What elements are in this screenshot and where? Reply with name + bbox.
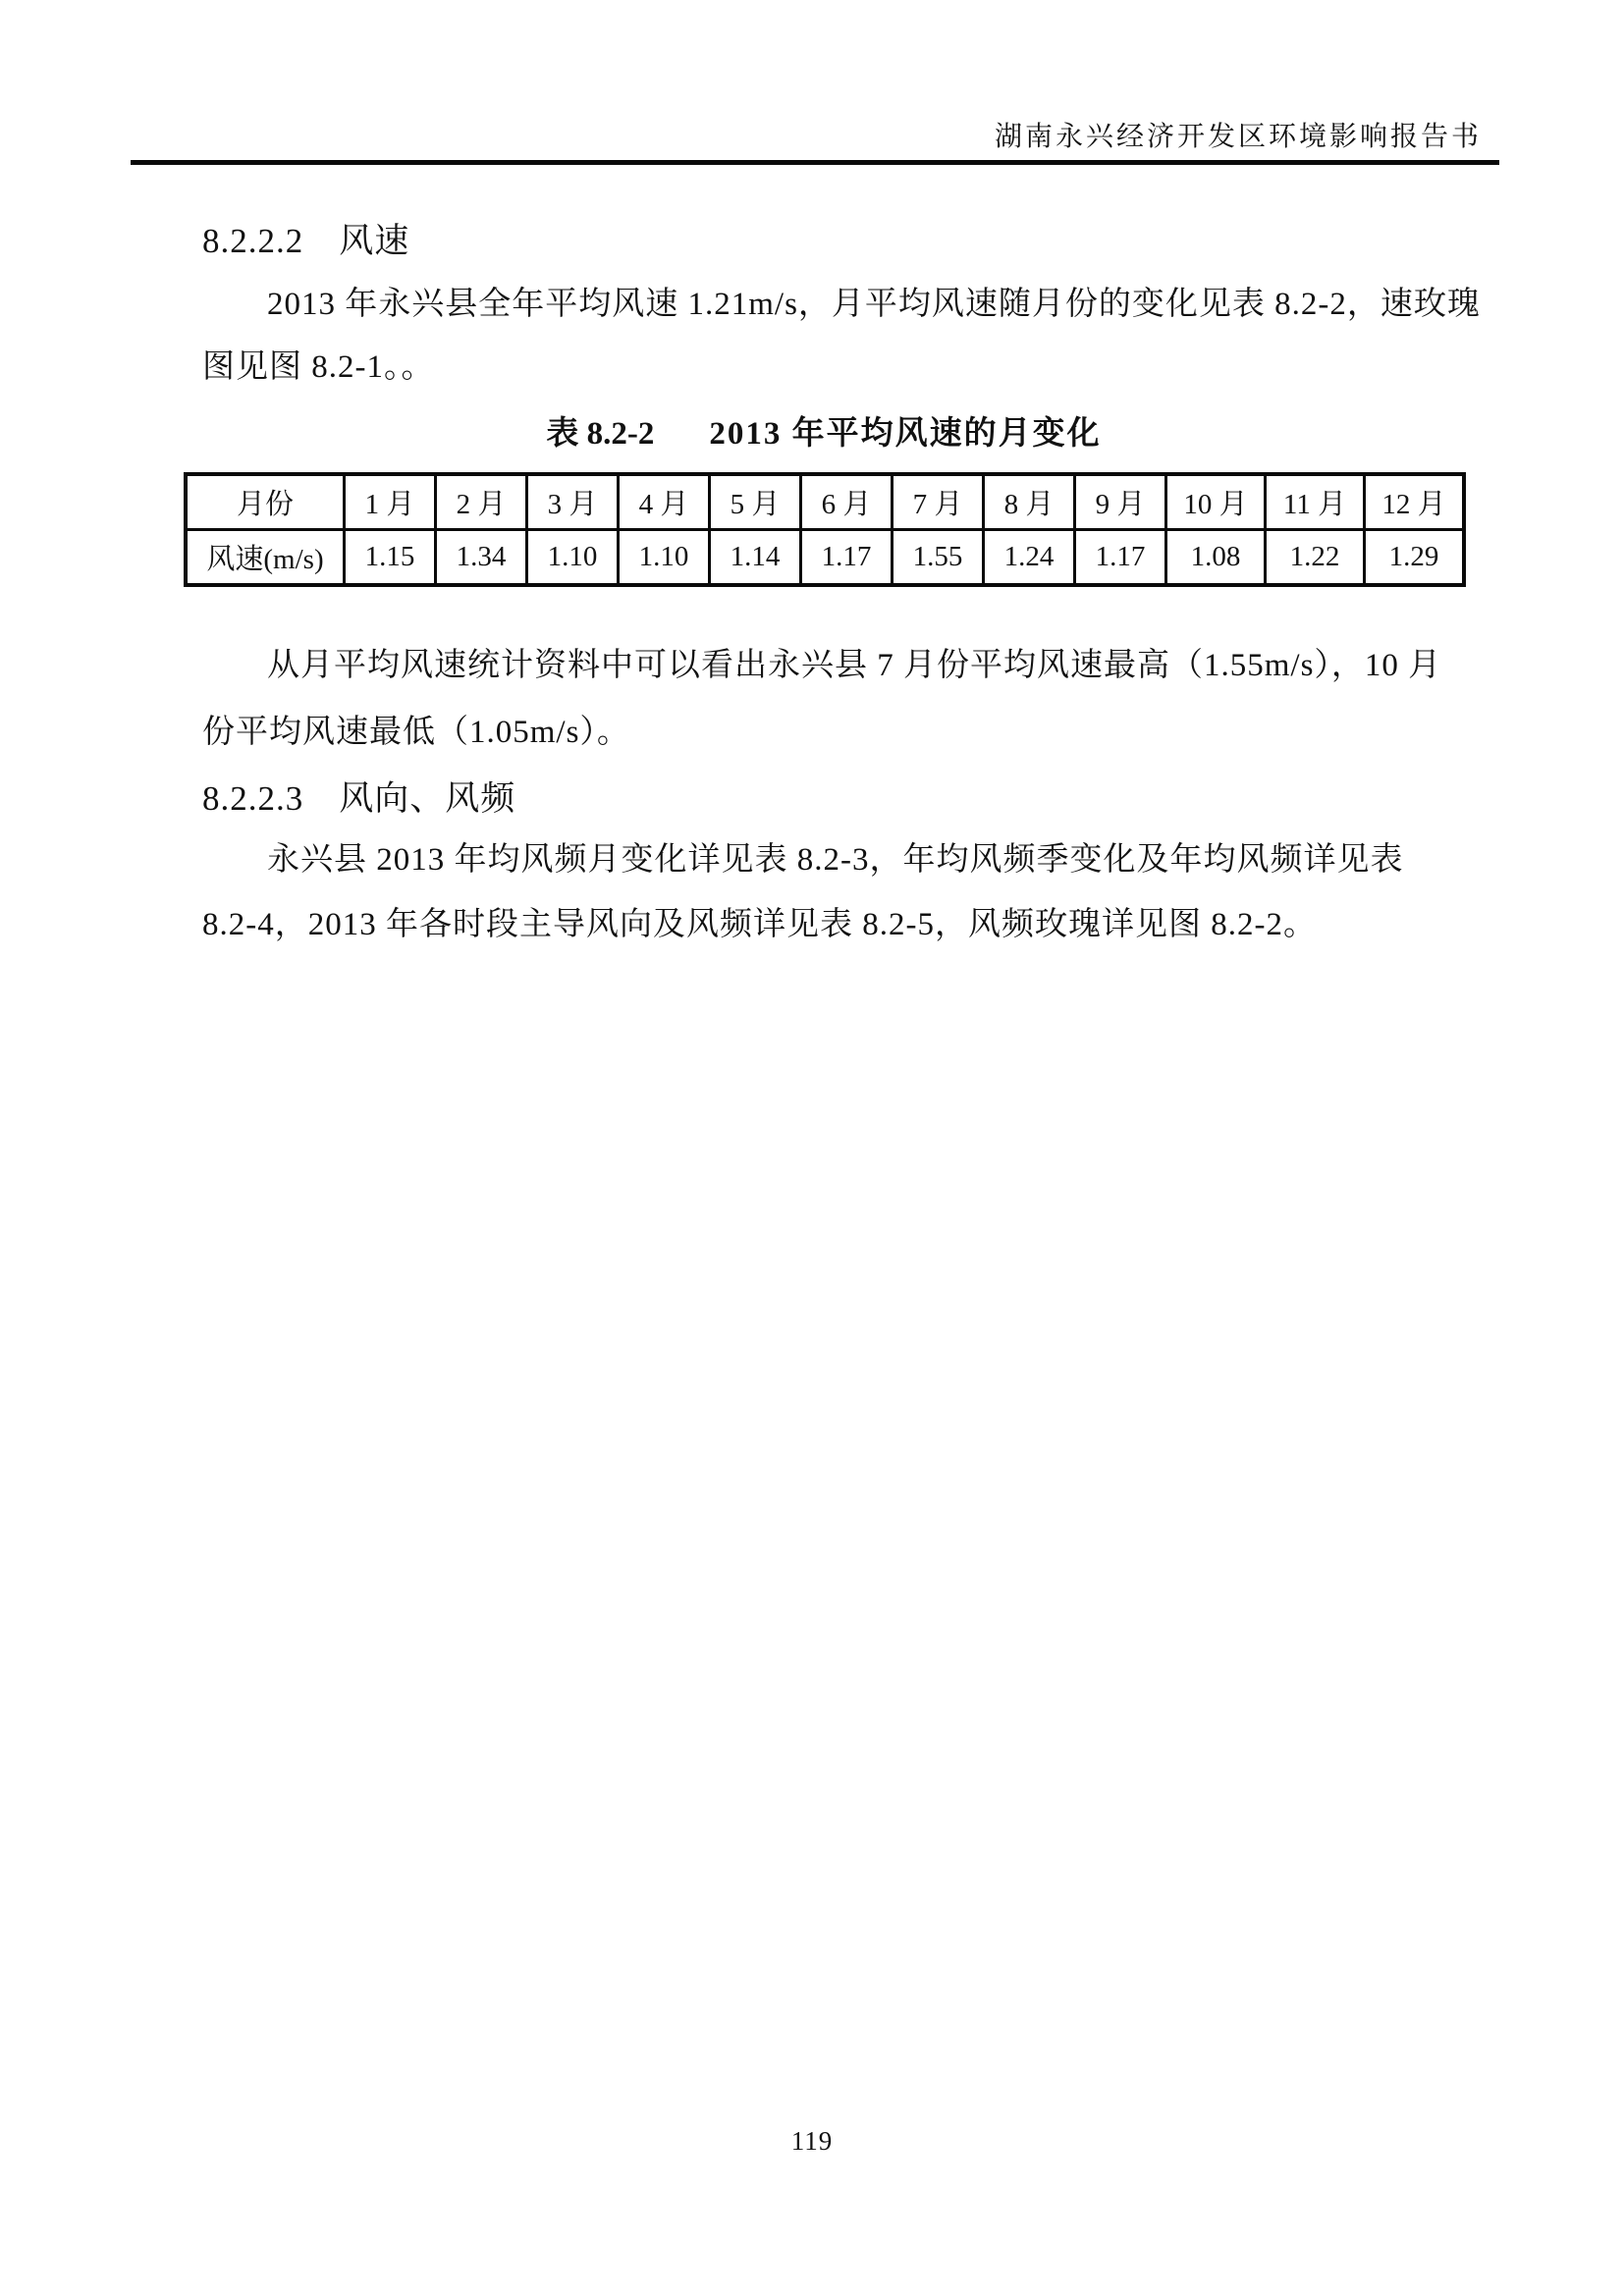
month-header-cell: 3 月 — [527, 474, 619, 530]
month-header-cell: 7 月 — [893, 474, 984, 530]
speed-value-cell: 1.55 — [893, 530, 984, 586]
month-header-cell: 10 月 — [1166, 474, 1266, 530]
speed-value-cell: 1.29 — [1365, 530, 1465, 586]
document-page: 湖南永兴经济开发区环境影响报告书 8.2.2.2风速 2013 年永兴县全年平均… — [0, 0, 1624, 2296]
wind-speed-table: 月份 1 月 2 月 3 月 4 月 5 月 6 月 7 月 8 月 9 月 1… — [184, 472, 1466, 587]
month-header-cell: 8 月 — [984, 474, 1075, 530]
page-header: 湖南永兴经济开发区环境影响报告书 — [131, 94, 1499, 165]
header-title: 湖南永兴经济开发区环境影响报告书 — [995, 115, 1499, 154]
section-number: 8.2.2.2 — [202, 222, 303, 260]
speed-value-cell: 1.15 — [345, 530, 436, 586]
row-header-month: 月份 — [186, 474, 345, 530]
section-heading-wind-direction: 8.2.2.3风向、风频 — [202, 777, 1445, 821]
speed-value-cell: 1.34 — [436, 530, 527, 586]
section-heading-wind-speed: 8.2.2.2风速 — [202, 220, 1445, 263]
paragraph-line: 永兴县 2013 年均风频月变化详见表 8.2-3，年均风频季变化及年均风频详见… — [202, 838, 1510, 881]
month-header-cell: 1 月 — [345, 474, 436, 530]
row-header-speed: 风速(m/s) — [186, 530, 345, 586]
month-header-cell: 4 月 — [619, 474, 710, 530]
speed-value-cell: 1.17 — [801, 530, 893, 586]
speed-value-cell: 1.17 — [1075, 530, 1166, 586]
section-number: 8.2.2.3 — [202, 779, 303, 818]
paragraph-line: 8.2-4，2013 年各时段主导风向及风频详见表 8.2-5，风频玫瑰详见图 … — [202, 903, 1445, 946]
paragraph-line: 份平均风速最低（1.05m/s）。 — [202, 711, 1445, 754]
month-header-cell: 6 月 — [801, 474, 893, 530]
section-title: 风速 — [339, 222, 409, 260]
paragraph-line: 从月平均风速统计资料中可以看出永兴县 7 月份平均风速最高（1.55m/s），1… — [202, 644, 1510, 687]
speed-value-cell: 1.14 — [710, 530, 801, 586]
table-row-speeds: 风速(m/s) 1.15 1.34 1.10 1.10 1.14 1.17 1.… — [186, 530, 1464, 586]
paragraph-line: 图见图 8.2-1。。 — [202, 346, 1445, 389]
section-title: 风向、风频 — [339, 779, 515, 818]
speed-value-cell: 1.08 — [1166, 530, 1266, 586]
speed-value-cell: 1.24 — [984, 530, 1075, 586]
month-header-cell: 5 月 — [710, 474, 801, 530]
speed-value-cell: 1.10 — [527, 530, 619, 586]
speed-value-cell: 1.10 — [619, 530, 710, 586]
month-header-cell: 2 月 — [436, 474, 527, 530]
speed-value-cell: 1.22 — [1266, 530, 1365, 586]
table-row-months: 月份 1 月 2 月 3 月 4 月 5 月 6 月 7 月 8 月 9 月 1… — [186, 474, 1464, 530]
table-caption: 表 8.2-22013 年平均风速的月变化 — [202, 412, 1445, 455]
paragraph-line: 2013 年永兴县全年平均风速 1.21m/s，月平均风速随月份的变化见表 8.… — [202, 283, 1510, 326]
page-number: 119 — [0, 2126, 1624, 2157]
table-caption-label: 表 8.2-2 — [546, 416, 654, 452]
month-header-cell: 12 月 — [1365, 474, 1465, 530]
table-caption-title: 2013 年平均风速的月变化 — [709, 416, 1101, 452]
month-header-cell: 9 月 — [1075, 474, 1166, 530]
month-header-cell: 11 月 — [1266, 474, 1365, 530]
